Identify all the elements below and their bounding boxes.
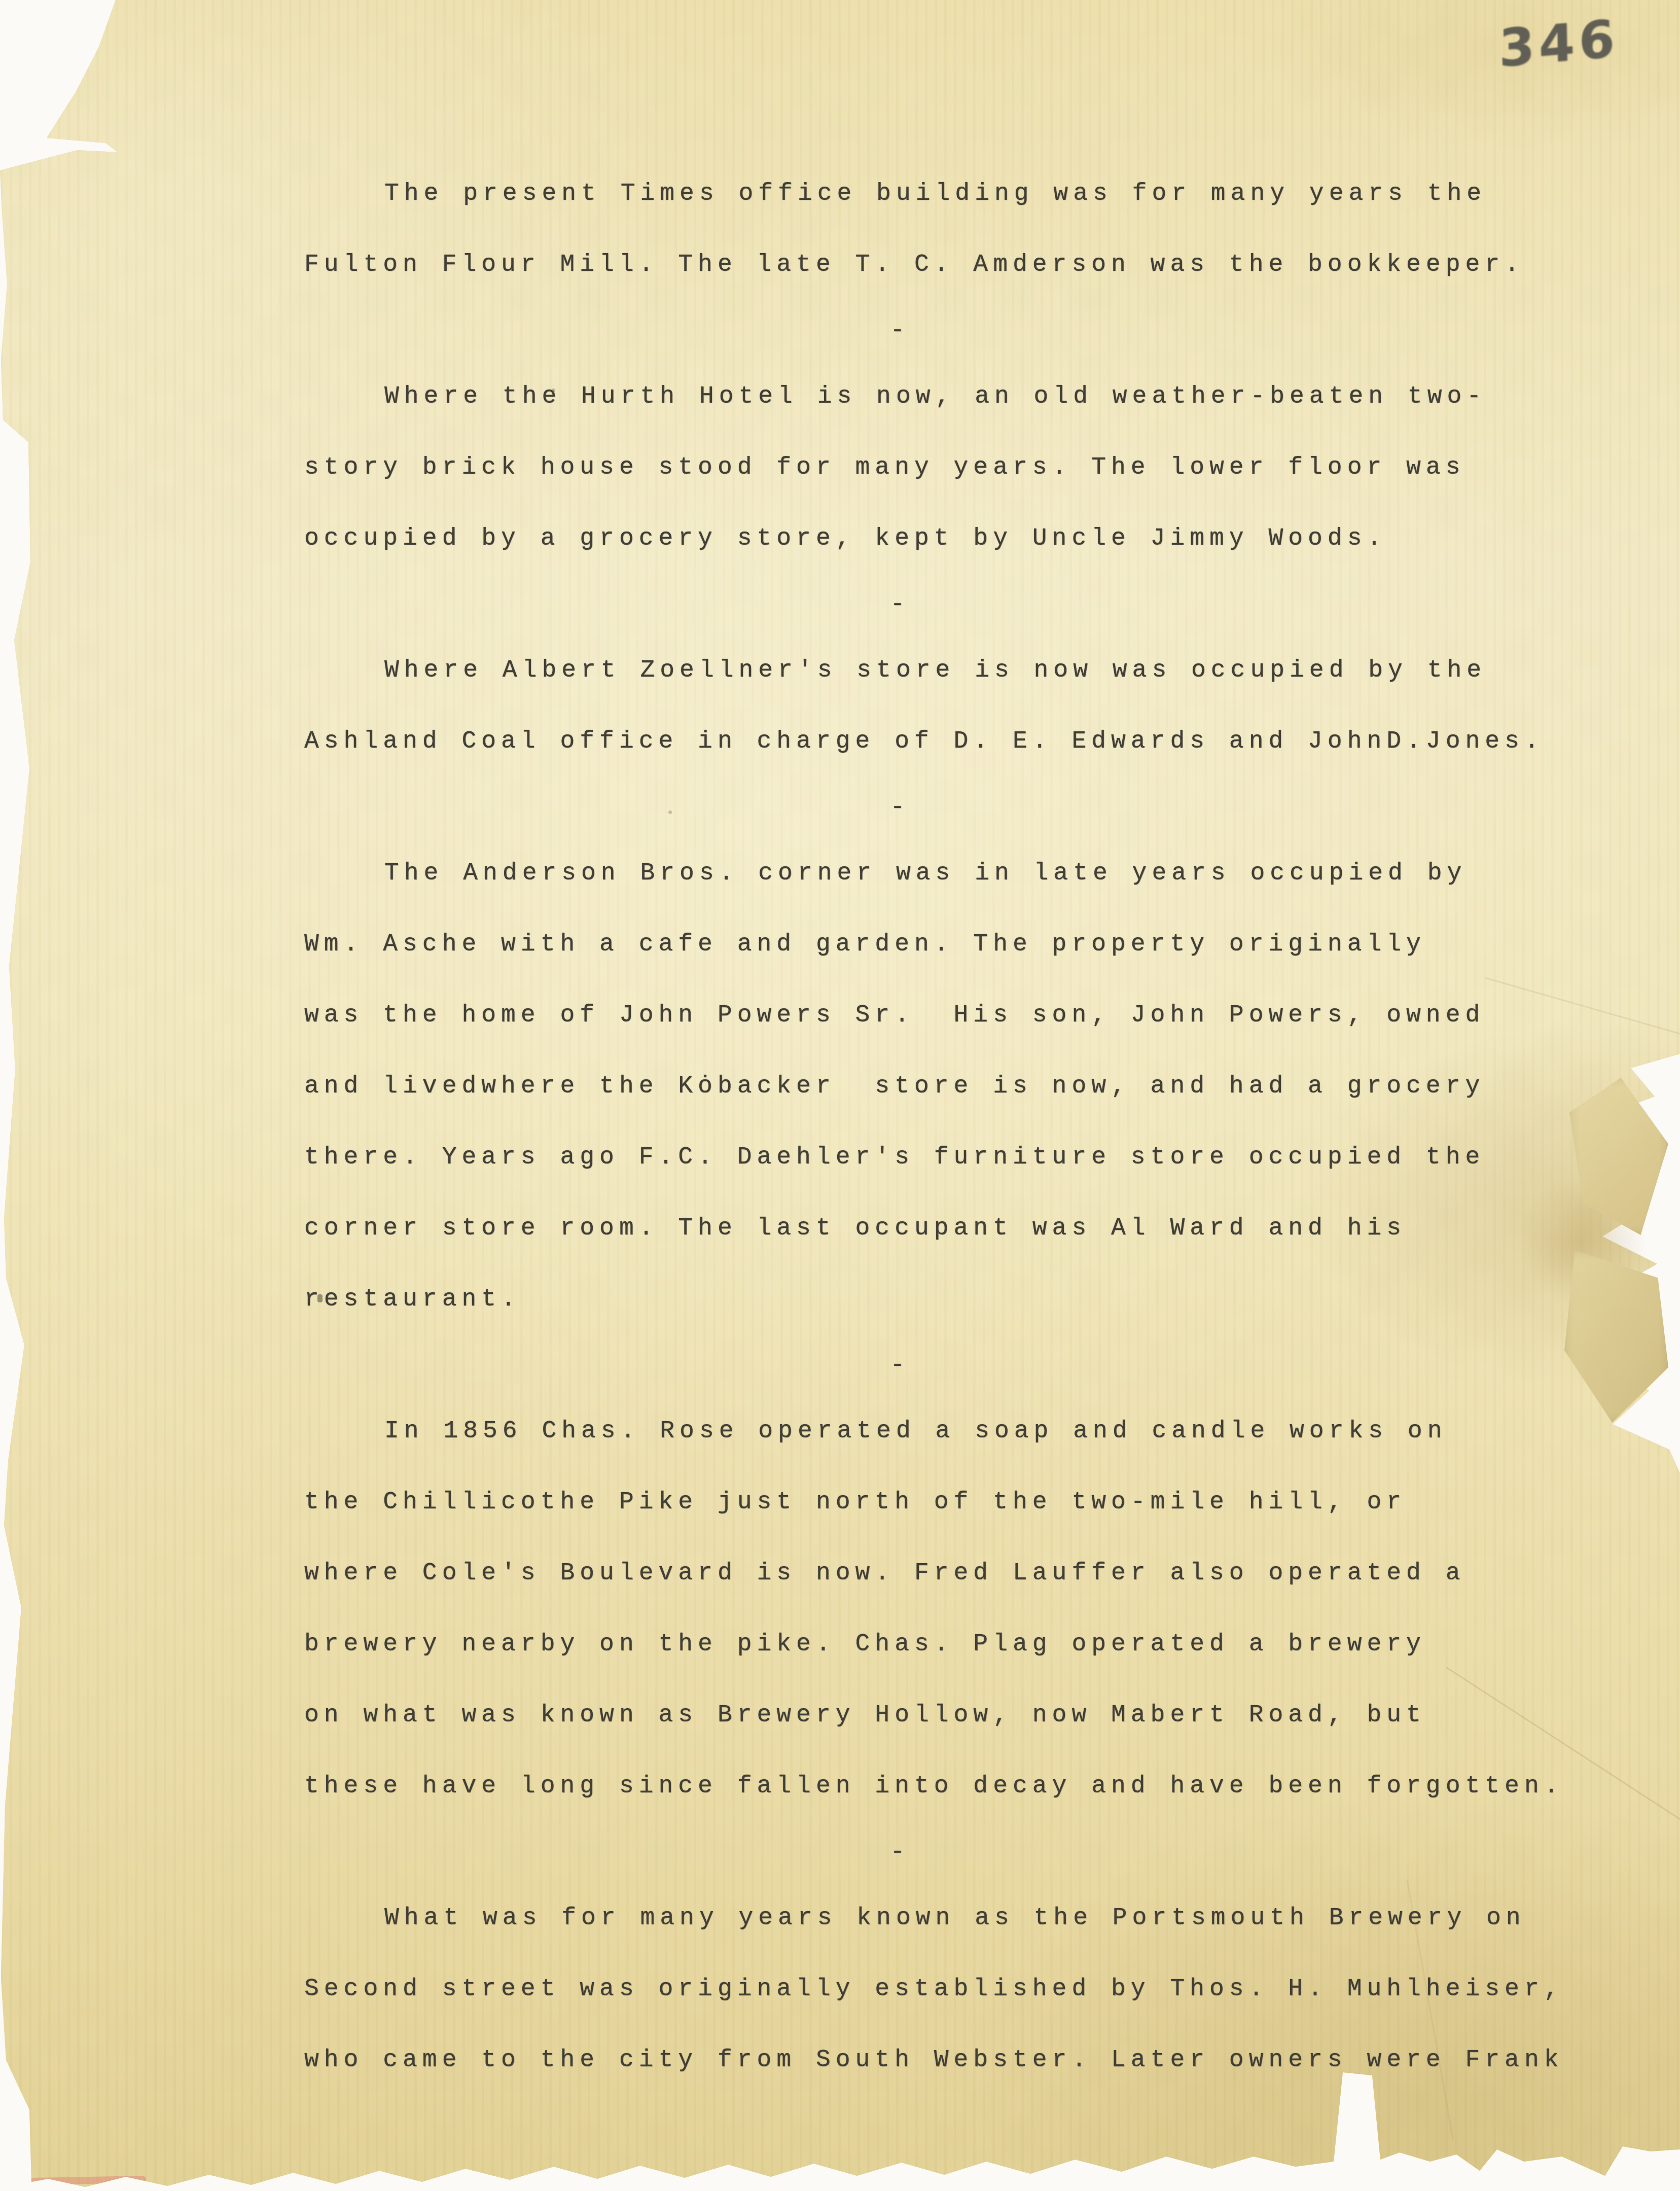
typewritten-line: The present Times office building was fo… [304,158,1557,229]
paper-sheet: 346 The present Times office building wa… [0,0,1680,2191]
typewritten-line: occupied by a grocery store, kept by Unc… [304,503,1557,574]
paragraph-separator-dash: - [304,777,1557,838]
typewritten-line: story brick house stood for many years. … [304,432,1557,503]
typewritten-line: Fulton Flour Mill. The late T. C. Amders… [304,229,1557,300]
typewritten-line: restaurant. [304,1264,1557,1335]
typewritten-line: Wm. Asche with a cafe and garden. The pr… [304,909,1557,980]
typewritten-line: there. Years ago F.C. Daehler's furnitur… [304,1122,1557,1193]
paragraph-separator-dash: - [304,574,1557,635]
handwritten-page-number: 346 [1498,3,1680,80]
paragraph: Where Albert Zoellner's store is now was… [304,635,1557,777]
typewritten-line: brewery nearby on the pike. Chas. Plag o… [304,1609,1557,1680]
paragraph-separator-dash: - [304,1335,1557,1396]
paragraph: The present Times office building was fo… [304,158,1557,300]
typewritten-line: Where Albert Zoellner's store is now was… [304,635,1557,706]
typewritten-line: where Cole's Boulevard is now. Fred Lauf… [304,1538,1557,1609]
typewritten-line: and livedwhere the Kȯbacker store is now… [304,1051,1557,1122]
typewritten-line: was the home of John Powers Sr. His son,… [304,980,1557,1051]
ink-speck [317,1294,323,1302]
paragraph: In 1856 Chas. Rose operated a soap and c… [304,1396,1557,1822]
typewritten-line: who came to the city from South Webster.… [304,2025,1557,2096]
scanned-document: 346 The present Times office building wa… [0,0,1680,2191]
typewritten-line: on what was known as Brewery Hollow, now… [304,1680,1557,1751]
paragraph-separator-dash: - [304,1822,1557,1883]
typewritten-line: Second street was originally established… [304,1954,1557,2025]
paragraph: What was for many years known as the Por… [304,1883,1557,2096]
paragraph-separator-dash: - [304,300,1557,361]
typewritten-line: corner store room. The last occupant was… [304,1193,1557,1264]
typewritten-line: What was for many years known as the Por… [304,1883,1557,1954]
pink-smear-mark [29,2176,146,2185]
typewritten-line: the Chillicothe Pike just north of the t… [304,1467,1557,1538]
ink-speck [668,810,672,814]
paragraph: The Anderson Bros. corner was in late ye… [304,838,1557,1335]
typewritten-line: these have long since fallen into decay … [304,1751,1557,1822]
typewritten-text-column: The present Times office building was fo… [304,158,1557,2096]
paragraph: Where the Hurth Hotel is now, an old wea… [304,361,1557,574]
ink-speck [552,388,555,392]
typewritten-line: Where the Hurth Hotel is now, an old wea… [304,361,1557,432]
typewritten-line: The Anderson Bros. corner was in late ye… [304,838,1557,909]
typewritten-line: In 1856 Chas. Rose operated a soap and c… [304,1396,1557,1467]
typewritten-line: Ashland Coal office in charge of D. E. E… [304,706,1557,777]
